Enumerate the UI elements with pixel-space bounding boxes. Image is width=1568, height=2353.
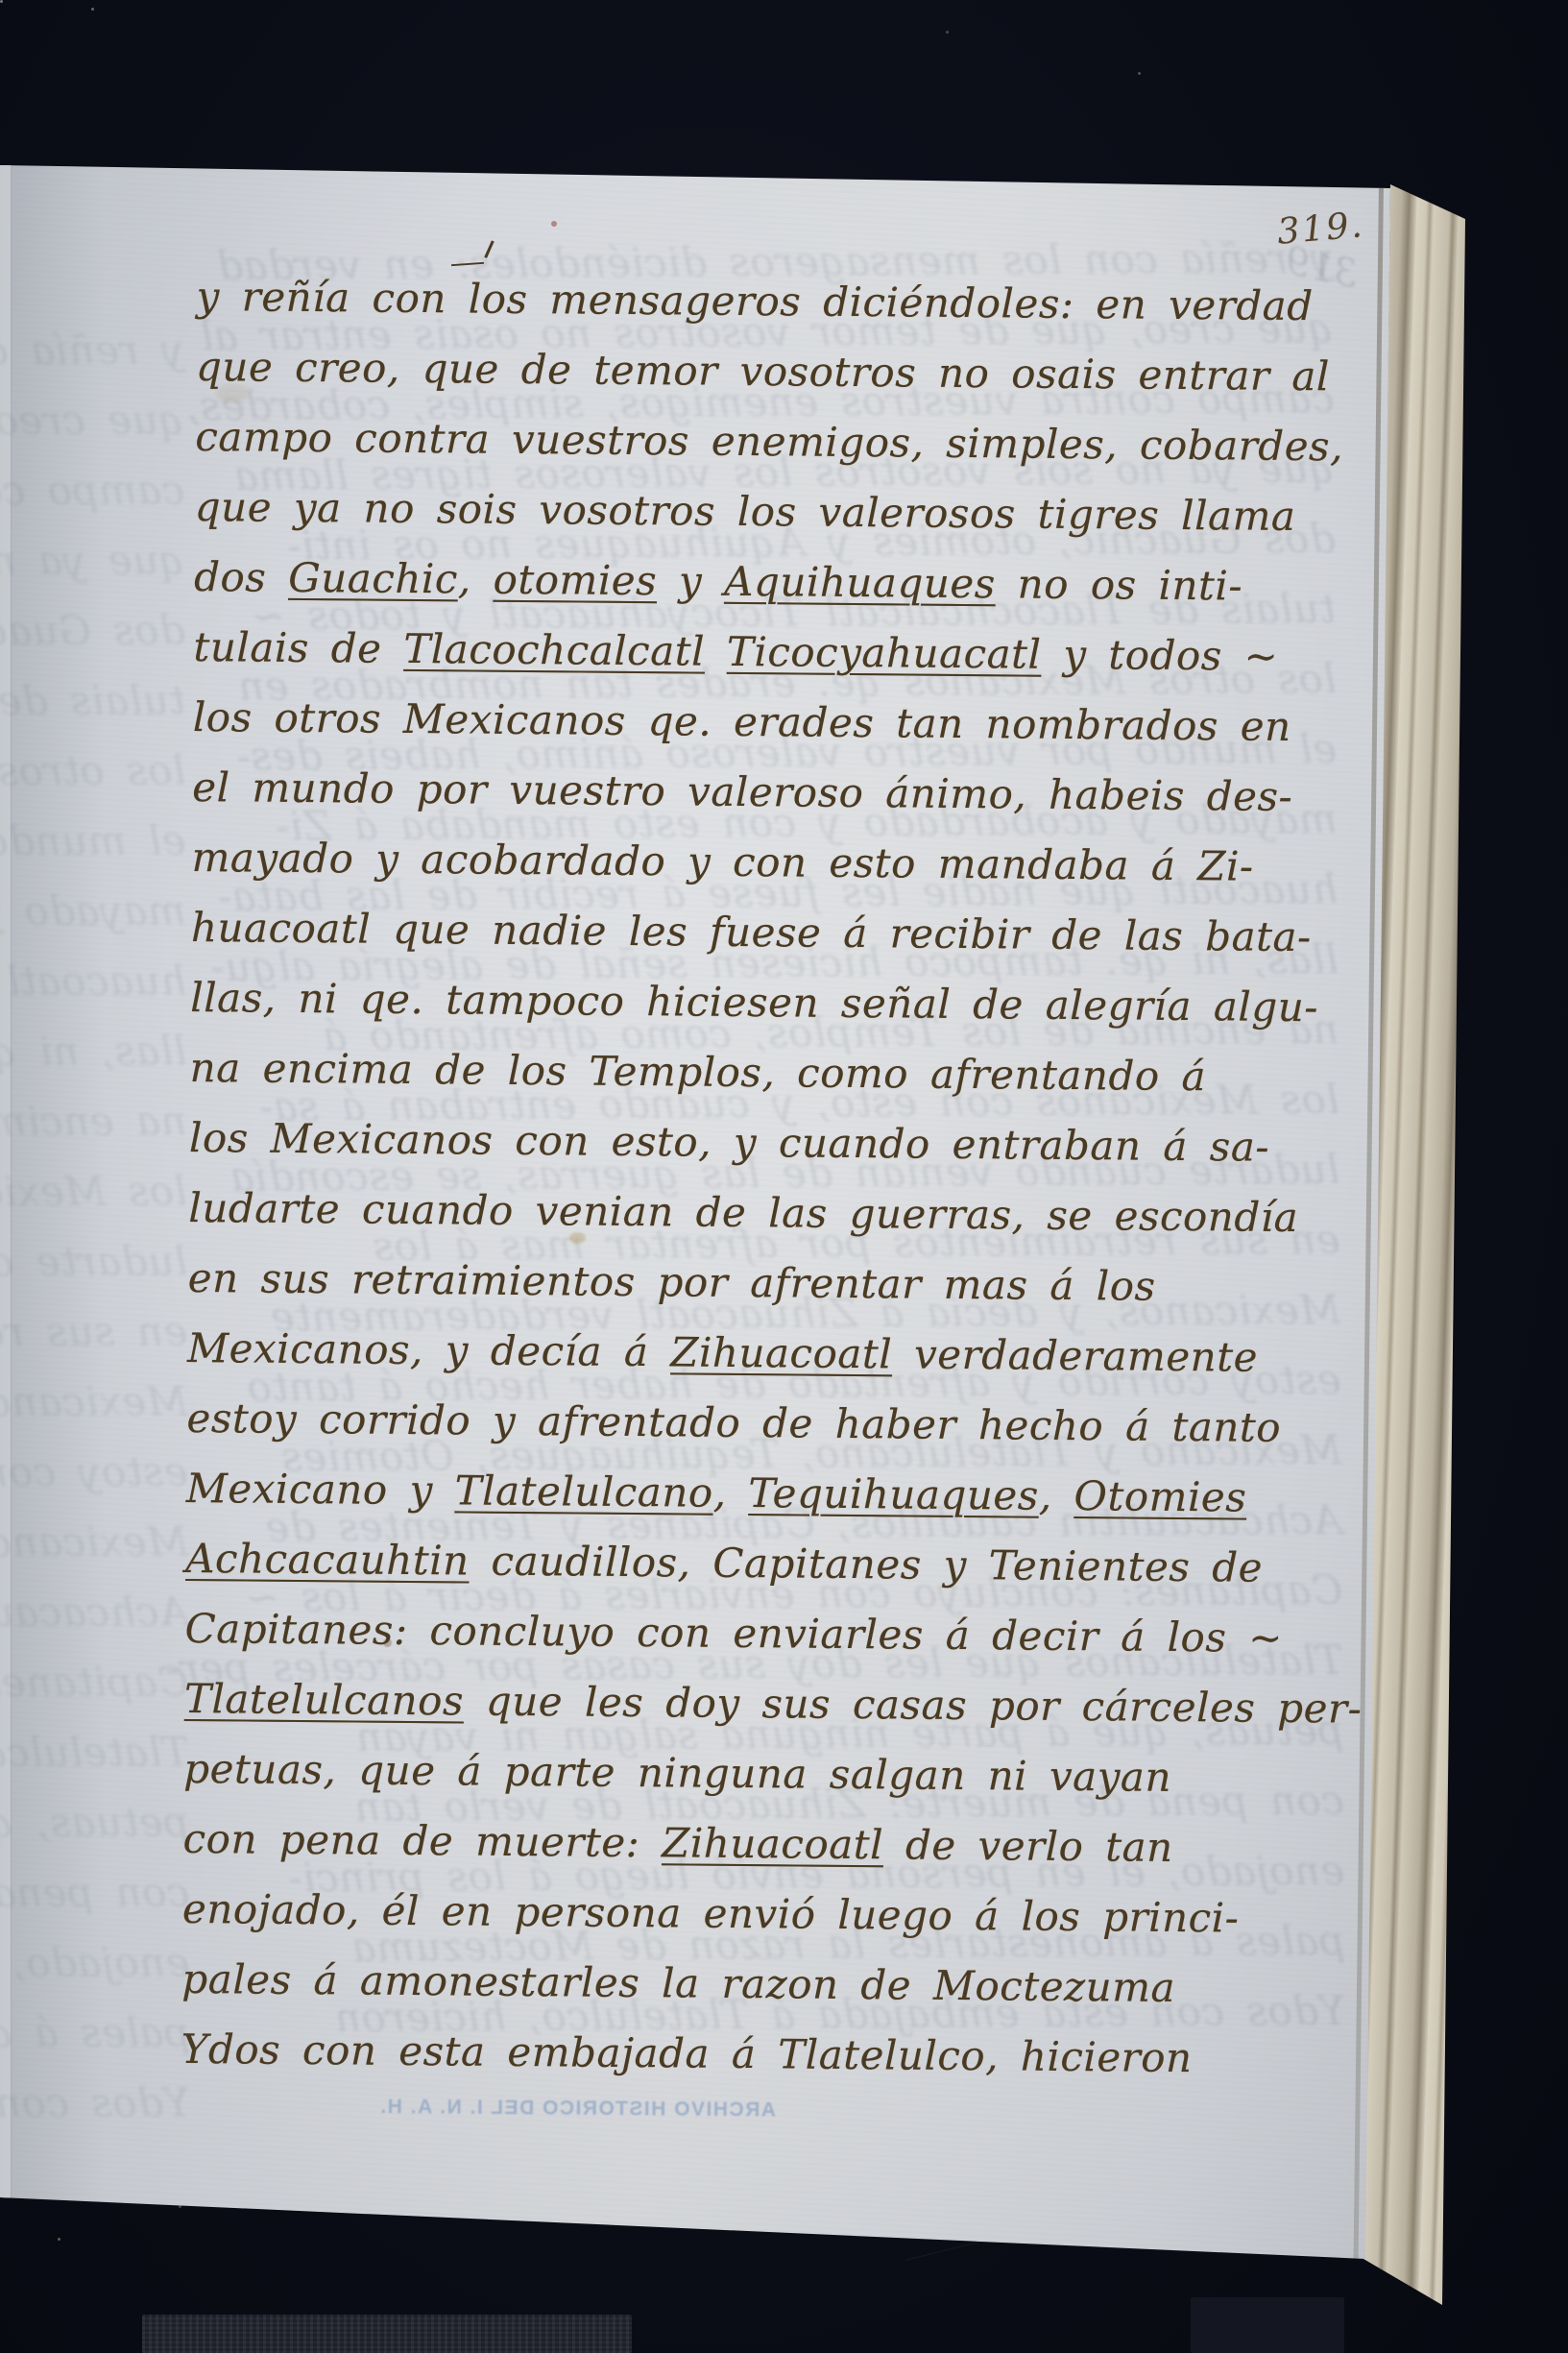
underlined-word: Zihuacoatl <box>662 1819 883 1868</box>
manuscript-line: los otros Mexicanos qe. erades tan nombr… <box>193 682 1279 762</box>
manuscript-line: y reñía con los mensageros diciéndoles: … <box>196 261 1282 341</box>
underlined-word: Tlatelulcanos <box>184 1675 465 1725</box>
manuscript-line: que ya no sois vosotros los valerosos ti… <box>194 472 1280 551</box>
underlined-word: Achcacauhtin <box>185 1535 470 1585</box>
manuscript-line: tulais de Tlacochcalcatl Ticocyahuacatl … <box>193 612 1279 691</box>
underlined-word: Zihuacoatl <box>670 1328 892 1377</box>
manuscript-line: pales á amonestarles la razon de Moctezu… <box>181 1944 1267 2024</box>
manuscript-line: huacoatl que nadie les fuese á recibir d… <box>191 892 1277 972</box>
manuscript-line: enojado, él en persona envió luego á los… <box>182 1874 1268 1953</box>
manuscript-text-block: y reñía con los mensageros diciéndoles: … <box>181 261 1282 2094</box>
backdrop-plate <box>1191 2297 1344 2353</box>
manuscript-line: los Mexicanos con esto, y cuando entraba… <box>189 1103 1275 1182</box>
photograph-canvas: y reñía con los mensageros diciéndoles: … <box>0 0 1568 2353</box>
ink-dot <box>551 221 557 227</box>
manuscript-line: na encima de los Templos, como afrentand… <box>189 1032 1275 1112</box>
manuscript-page-content: y reñía con los mensageros diciéndoles: … <box>0 0 1568 2353</box>
underlined-word: otomies <box>493 556 657 604</box>
underlined-word: Otomies <box>1073 1472 1246 1521</box>
insertion-mark-tick <box>484 240 494 257</box>
manuscript-line: campo contra vuestros enemigos, simples,… <box>195 401 1281 481</box>
manuscript-line: el mundo por vuestro valeroso ánimo, hab… <box>192 752 1278 832</box>
underlined-word: Tequihuaques <box>748 1469 1039 1519</box>
dust-speckles <box>0 0 3 3</box>
manuscript-line: Mexicano y Tlatelulcano, Tequihuaques, O… <box>186 1453 1272 1533</box>
manuscript-line: ludarte cuando venian de las guerras, se… <box>188 1173 1274 1252</box>
manuscript-line: que creo, que de temor vosotros no osais… <box>196 331 1282 411</box>
underlined-word: Tlatelulcano <box>454 1467 712 1516</box>
manuscript-line: con pena de muerte: Zihuacoatl de verlo … <box>182 1804 1268 1883</box>
underlined-word: Aquihuaques <box>724 558 996 607</box>
gutter-shadow <box>0 154 125 2209</box>
velcro-strip <box>142 2315 632 2353</box>
manuscript-line: Achcacauhtin caudillos, Capitanes y Teni… <box>185 1523 1271 1603</box>
manuscript-line: Mexicanos, y decía á Zihuacoatl verdader… <box>187 1313 1273 1393</box>
archive-stamp-mirrored: ARCHIVO HISTORICO DEL I. N. A. H. <box>434 2096 776 2122</box>
manuscript-line: Tlatelulcanos que les doy sus casas por … <box>184 1663 1270 1743</box>
underlined-word: Guachic <box>288 554 458 603</box>
manuscript-line: Ydos con esta embajada á Tlatelulco, hic… <box>181 2014 1266 2094</box>
manuscript-line: Capitanes: concluyo con enviarles á deci… <box>184 1593 1270 1673</box>
manuscript-line: en sus retraimientos por afrentar mas á … <box>187 1243 1273 1322</box>
manuscript-line: mayado y acobardado y con esto mandaba á… <box>191 822 1277 902</box>
manuscript-line: llas, ni qe. tampoco hiciesen señal de a… <box>190 962 1276 1042</box>
manuscript-line: dos Guachic, otomies y Aquihuaques no os… <box>194 542 1280 621</box>
manuscript-line: estoy corrido y afrentado de haber hecho… <box>186 1383 1272 1463</box>
underlined-word: Tlacochcalcatl <box>403 625 705 675</box>
manuscript-line: petuas, que á parte ninguna salgan ni va… <box>183 1734 1269 1813</box>
underlined-word: Ticocyahuacatl <box>727 628 1042 678</box>
